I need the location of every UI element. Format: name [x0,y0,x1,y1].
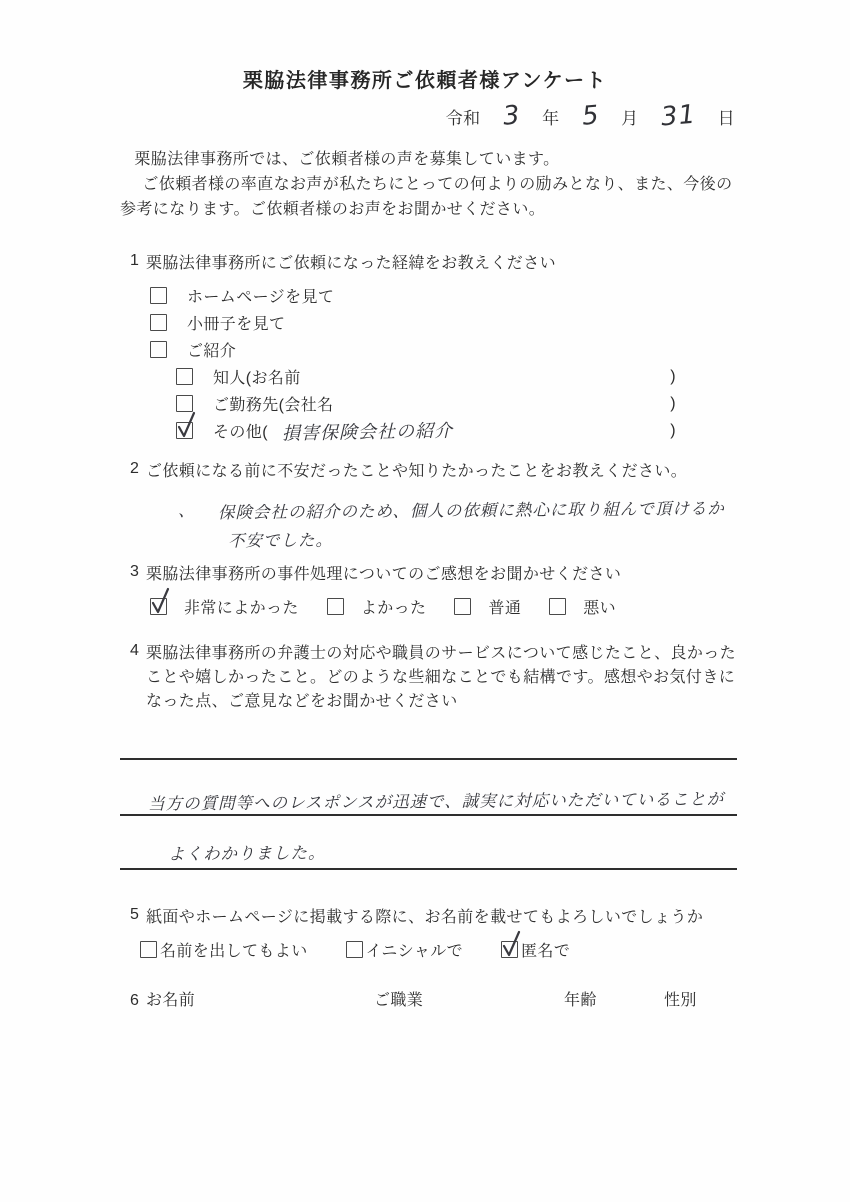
field-label-name: お名前 [146,987,374,1010]
paren-close: ) [670,368,676,386]
question-3-options: 非常によかった よかった 普通 悪い [150,592,737,620]
question-3-number: 3 [120,563,146,581]
answer-rule-line: よくわかりました。 [120,816,737,870]
field-label-age: 年齢 [564,987,664,1010]
option-label: 非常によかった [184,595,299,618]
handwritten-year: 3 [501,100,521,131]
question-1-options: ホームページを見て 小冊子を見て ご紹介 知人(お名前 ) [120,282,737,444]
question-1-text: 栗脇法律事務所にご依頼になった経緯をお教えください [146,252,737,276]
option-label: ご紹介 [187,338,236,361]
option-label: よかった [361,595,427,618]
year-label: 年 [542,104,559,129]
option-label: その他( [213,419,268,442]
era-label: 令和 [446,104,481,129]
question-4-number: 4 [120,642,146,660]
checkbox-checked [176,422,193,439]
checkbox-unchecked [346,941,363,958]
question-1-number: 1 [120,252,146,270]
question-1: 1 栗脇法律事務所にご依頼になった経緯をお教えください ホームページを見て 小冊… [120,252,737,444]
handwritten-answer-line-2: よくわかりました。 [168,839,326,864]
checkbox-unchecked [150,341,167,358]
question-4-text: 栗脇法律事務所の弁護士の対応や職員のサービスについて感じたこと、良かったことや嬉… [146,642,737,714]
question-3-text: 栗脇法律事務所の事件処理についてのご感想をお聞かせください [146,563,737,587]
checkbox-unchecked [150,287,167,304]
field-label-gender: 性別 [664,987,697,1010]
page-title: 栗脇法律事務所ご依頼者様アンケート [0,64,850,93]
option-label: 名前を出してもよい [160,938,308,961]
question-6-number: 6 [120,992,146,1010]
handwritten-month: 5 [580,100,600,131]
q1-option-referral: ご紹介 [150,336,737,363]
option-label: 小冊子を見て [187,311,285,334]
field-label-occupation: ご職業 [374,987,564,1010]
handwritten-answer-line-1: 当方の質問等へのレスポンスが迅速で、誠実に対応いただいていることが [148,785,724,814]
question-5-text: 紙面やホームページに掲載する際に、お名前を載せてもよろしいでしょうか [146,906,737,930]
answer-rule-line: 当方の質問等へのレスポンスが迅速で、誠実に対応いただいていることが [120,760,737,816]
question-6: 6 お名前 ご職業 年齢 性別 [120,987,737,1010]
question-5-options: 名前を出してもよい イニシャルで 匿名で [140,935,737,963]
option-label: 悪い [583,595,616,618]
question-3: 3 栗脇法律事務所の事件処理についてのご感想をお聞かせください 非常によかった … [120,563,737,620]
checkmark-icon [176,410,196,440]
option-label: 普通 [488,595,521,618]
q1-option-booklet: 小冊子を見て [150,309,737,336]
option-label: 匿名で [521,938,570,961]
checkbox-unchecked [454,598,471,615]
handwritten-day: 31 [659,100,697,133]
handwritten-answer-line-2: 不安でした。 [228,526,333,557]
checkbox-unchecked [150,314,167,331]
checkbox-unchecked [176,368,193,385]
question-2-text: ご依頼になる前に不安だったことや知りたかったことをお教えください。 [146,460,737,484]
q1-sub-option-acquaintance: 知人(お名前 ) [176,363,676,390]
paren-close: ) [670,422,676,440]
option-label: ご勤務先(会社名 [213,392,334,415]
day-label: 日 [718,104,735,129]
date-line: 令和 3 年 5 月 31 日 [120,101,737,137]
question-2: 2 ご依頼になる前に不安だったことや知りたかったことをお教えください。 、 保険… [120,460,737,557]
question-5: 5 紙面やホームページに掲載する際に、お名前を載せてもよろしいでしょうか 名前を… [120,906,737,963]
handwritten-other-answer: 損害保険会社の紹介 [282,416,453,445]
checkmark-icon [150,586,170,616]
option-label: 知人(お名前 [213,365,301,388]
intro-paragraphs: 栗脇法律事務所では、ご依頼者様の声を募集しています。 ご依頼者様の率直なお声が私… [120,147,737,222]
q1-sub-option-employer: ご勤務先(会社名 ) [176,390,676,417]
checkbox-checked [150,598,167,615]
checkbox-unchecked [549,598,566,615]
question-5-number: 5 [120,906,146,924]
checkbox-checked [501,941,518,958]
handwritten-bullet: 、 [178,496,196,526]
option-label: ホームページを見て [187,284,334,307]
document-page: 栗脇法律事務所ご依頼者様アンケート 令和 3 年 5 月 31 日 栗脇法律事務… [0,0,850,1202]
question-2-handwritten-answer: 、 保険会社の紹介のため、個人の依頼に熱心に取り組んで頂けるか 不安でした。 [120,496,737,557]
q1-sub-option-other: その他( 損害保険会社の紹介 ) [176,417,676,444]
paren-close: ) [670,395,676,413]
handwritten-answer-line-1: 保険会社の紹介のため、個人の依頼に熱心に取り組んで頂けるか [217,494,724,528]
checkbox-unchecked [140,941,157,958]
question-2-number: 2 [120,460,146,478]
intro-paragraph-1: 栗脇法律事務所では、ご依頼者様の声を募集しています。 [120,147,737,172]
month-label: 月 [621,104,638,129]
option-label: イニシャルで [366,938,463,961]
question-4: 4 栗脇法律事務所の弁護士の対応や職員のサービスについて感じたこと、良かったこと… [120,642,737,870]
checkbox-unchecked [327,598,344,615]
intro-paragraph-2: ご依頼者様の率直なお声が私たちにとっての何よりの励みとなり、また、今後の参考にな… [120,172,737,222]
checkmark-icon [501,929,521,959]
q1-option-homepage: ホームページを見て [150,282,737,309]
